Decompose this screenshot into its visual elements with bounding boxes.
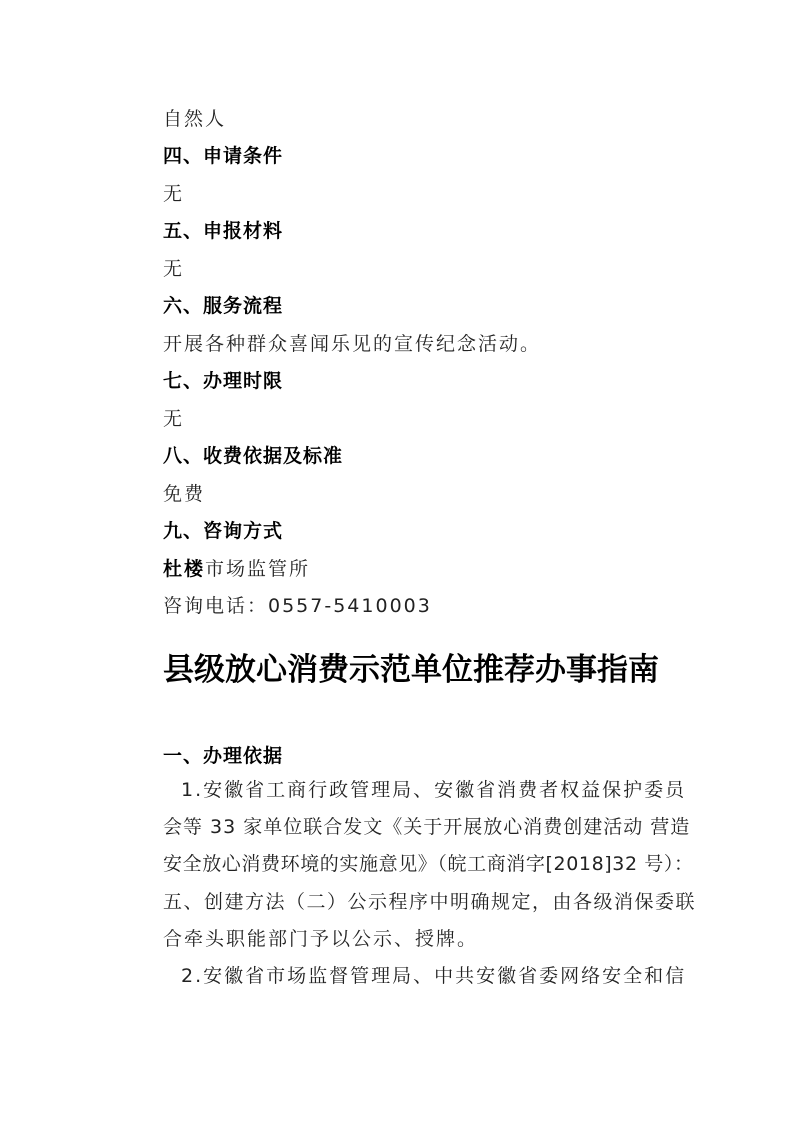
- paragraph-1-line-3: 安全放心消费环境的实施意见》（皖工商消字[2018]32 号）：: [163, 852, 694, 876]
- document-page: 自然人 四、申请条件 无 五、申报材料 无 六、服务流程 开展各种群众喜闻乐见的…: [0, 0, 793, 1122]
- applicant-type-text: 自然人: [163, 107, 226, 131]
- required-materials-text: 无: [163, 257, 184, 281]
- service-process-text: 开展各种群众喜闻乐见的宣传纪念活动。: [163, 332, 541, 356]
- heading-service-process: 六、服务流程: [163, 294, 283, 318]
- office-name-bold: 杜楼: [163, 558, 205, 580]
- paragraph-2-line-1: 2.安徽省市场监督管理局、中共安徽省委网络安全和信: [181, 964, 686, 988]
- application-conditions-text: 无: [163, 182, 184, 206]
- paragraph-1-line-4: 五、创建方法（二）公示程序中明确规定，由各级消保委联: [163, 890, 696, 914]
- fee-basis-text: 免费: [163, 482, 205, 506]
- heading-fee-basis: 八、收费依据及标准: [163, 444, 343, 468]
- heading-consultation: 九、咨询方式: [163, 519, 283, 543]
- heading-application-conditions: 四、申请条件: [163, 144, 283, 168]
- office-name-rest: 市场监管所: [205, 558, 310, 580]
- heading-basis: 一、办理依据: [163, 744, 283, 768]
- processing-time-text: 无: [163, 407, 184, 431]
- heading-processing-time: 七、办理时限: [163, 369, 283, 393]
- paragraph-1-line-5: 合牵头职能部门予以公示、授牌。: [163, 927, 478, 951]
- paragraph-1-line-2: 会等 33 家单位联合发文《关于开展放心消费创建活动 营造: [163, 815, 690, 839]
- page-title: 县级放心消费示范单位推荐办事指南: [163, 650, 659, 690]
- heading-required-materials: 五、申报材料: [163, 219, 283, 243]
- paragraph-1-line-1: 1.安徽省工商行政管理局、安徽省消费者权益保护委员: [181, 778, 686, 802]
- consultation-office: 杜楼市场监管所: [163, 557, 310, 581]
- consultation-phone: 咨询电话：0557-5410003: [163, 594, 432, 618]
